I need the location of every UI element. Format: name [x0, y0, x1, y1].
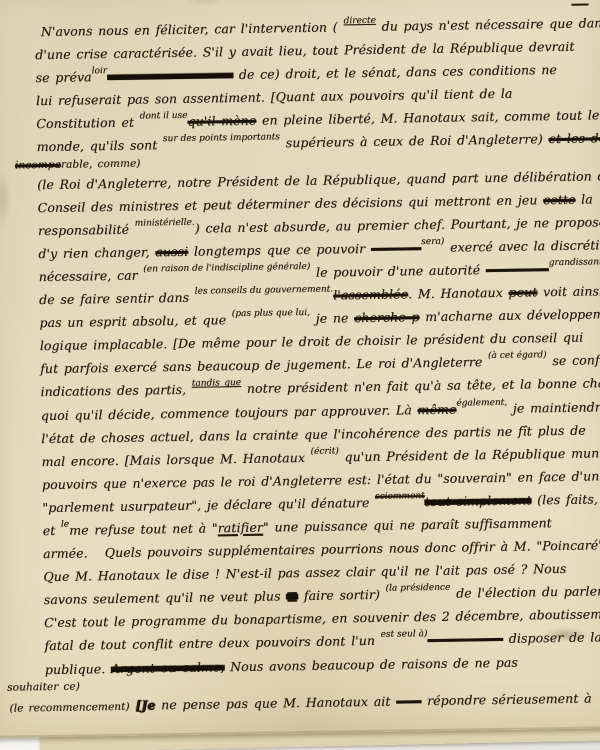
struck-text: et les dépasse: [548, 130, 600, 146]
text: Constitution et: [36, 115, 140, 132]
text: de se faire sentir dans: [39, 290, 195, 307]
struck-text: cette: [543, 191, 576, 207]
scribbled-out-text: Argent ou calme,: [111, 659, 225, 676]
text: en pleine liberté, M. Hanotaux sait, com…: [256, 108, 599, 128]
text: "parlement usurpateur", je déclare qu'il…: [42, 495, 375, 515]
paper-stain: [0, 169, 12, 229]
text: fut parfois exercé sans beaucoup de juge…: [40, 354, 488, 376]
text: savons seulement qu'il ne veut plus: [44, 589, 287, 608]
marginal-text: (le recommencement): [9, 700, 129, 714]
heavy-ink-text: [Je: [135, 697, 155, 712]
struck-text: —————: [486, 261, 549, 277]
inserted-text: sur des points importants: [163, 138, 280, 140]
text: exercé avec la discrétion: [444, 237, 600, 255]
scribbled-out-text: tout simplement: [425, 492, 532, 509]
struck-text: ——————: [427, 631, 503, 647]
text: disposer de la force: [503, 629, 600, 646]
inserted-underlined-text: directe: [338, 21, 376, 22]
inserted-text: ministérielle.: [135, 222, 195, 223]
struck-text: l'assemblée: [333, 286, 408, 302]
text: . M. Hanotaux: [408, 285, 509, 302]
text: du pays n'est nécessaire que dans le cas: [376, 14, 600, 33]
text: se préva: [35, 69, 91, 85]
text: de l'élection du parlement.: [450, 583, 600, 601]
inserted-underlined-text: tandis que: [192, 383, 241, 384]
text: répondre sérieusement à: [421, 690, 591, 708]
text: monde, qu'ils sont: [37, 138, 164, 155]
text: me refuse tout net à ": [69, 520, 218, 537]
paper-stain: [184, 0, 224, 6]
text: je ne: [310, 310, 354, 326]
inserted-text: les conseils du gouvernement.: [195, 290, 333, 292]
page-number: 8: [571, 0, 588, 6]
text: mal encore. [Mais lorsque M. Hanotaux: [41, 450, 310, 469]
text: se conforme aux: [547, 352, 600, 369]
text: quoi qu'il décide, commence toujours par…: [41, 402, 418, 423]
text: publique.: [45, 661, 111, 677]
inserted-text: (pas plus que lui,: [232, 313, 310, 314]
text: Conseil des ministres et peut déterminer…: [37, 192, 543, 215]
text: pas un esprit absolu, et que: [39, 312, 232, 330]
inserted-struck-text: sciemment: [375, 496, 425, 497]
struck-text: incompa: [15, 158, 61, 171]
text: responsabilité: [38, 221, 135, 238]
inserted-text: (en raison de l'indiscipline générale): [143, 267, 310, 270]
struck-text: même: [417, 401, 456, 417]
text: (les faits,: [531, 491, 598, 507]
text: qu'un Président de la République muni de: [339, 445, 600, 464]
inserted-text: dont il use: [140, 116, 188, 117]
manuscript-page: 8 N'avons nous en féliciter, car l'inter…: [0, 0, 600, 738]
text: lui refuserait pas son assentiment. [Qua…: [36, 86, 513, 108]
text: longtemps que ce pouvoir: [188, 241, 371, 259]
inserted-text: est seul à): [381, 635, 428, 636]
struck-text: qu'il mène: [187, 113, 256, 129]
text: ne pense pas que M. Hanotaux ait: [155, 693, 396, 712]
text: je maintiendrais: [507, 399, 600, 416]
text: Nous avons beaucoup de raisons de ne pas: [224, 654, 518, 674]
text: m'acharne aux développements d'une: [419, 305, 600, 324]
text: de ce) droit, et le sénat, dans ces cond…: [233, 62, 557, 82]
text: rable, comme): [61, 157, 141, 170]
inserted-text: grandissante): [549, 262, 600, 263]
text: ) cela n'est absurde, au premier chef. P…: [195, 213, 600, 235]
struck-text: peut: [508, 284, 537, 299]
inserted-text: également,: [456, 402, 507, 403]
text: et: [43, 523, 62, 538]
text: fatal de tout conflit entre deux pouvoir…: [44, 633, 380, 653]
struck-text: ————: [371, 240, 422, 256]
text: N'avons nous en féliciter, car l'interve…: [41, 19, 338, 39]
underlined-text: ratifier: [218, 520, 263, 536]
text: supérieurs à ceux de Roi d'Angleterre): [280, 132, 549, 151]
text: le pouvoir d'une autorité: [310, 262, 486, 280]
text: la: [575, 191, 593, 206]
inserted-text: (à cet égard): [488, 355, 547, 356]
marginal-text: souhaiter ce): [7, 680, 80, 693]
struck-text: aussi: [155, 244, 188, 260]
photo-background: — — — ——— ————— ———— 8 N'avons nous en f…: [0, 0, 600, 750]
text: notre président n'en fait qu'à sa tête, …: [241, 375, 600, 396]
scribbled-out-text: ■: [286, 588, 298, 603]
text: indications des partis,: [40, 382, 192, 399]
text: faire sortir): [298, 587, 386, 603]
struck-text: ——: [396, 693, 421, 708]
manuscript-text: N'avons nous en féliciter, car l'interve…: [35, 12, 598, 718]
text: " une puissance qui ne paraît suffisamme…: [263, 515, 552, 535]
struck-text: cherche p: [354, 309, 420, 325]
text: d'y rien changer,: [38, 244, 155, 261]
inserted-text: (la présidence: [386, 588, 451, 589]
text: nécessaire, car: [39, 267, 144, 284]
text: voit ainsi que je ne suis: [537, 282, 600, 300]
scribbled-out-text: ——————————: [107, 67, 233, 84]
